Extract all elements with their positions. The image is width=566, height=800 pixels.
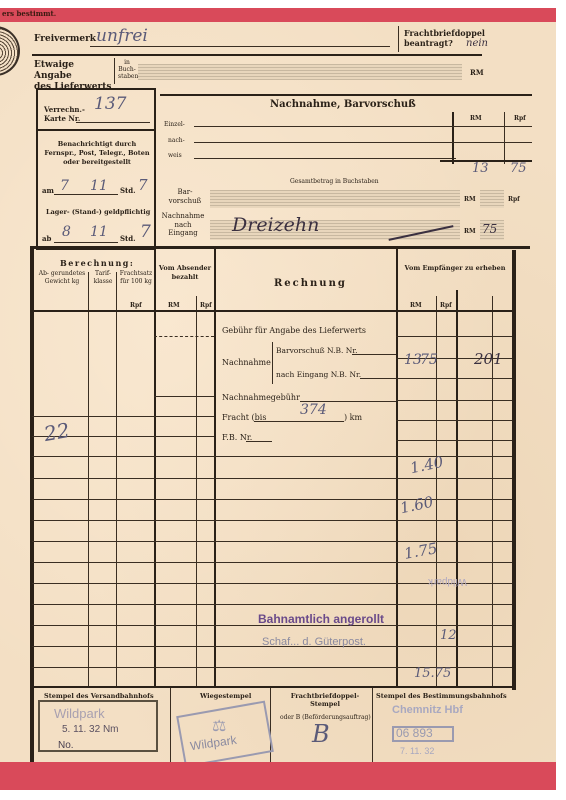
- versand-stamp-no: No.: [58, 740, 74, 751]
- scale-icon: ⚖: [212, 716, 226, 735]
- bestimmung-number: 06 893: [396, 726, 433, 740]
- std-label: Std.: [120, 186, 136, 195]
- in-buchstaben-label: in Buch- staben: [118, 59, 136, 80]
- am-month-value[interactable]: 11: [90, 178, 108, 194]
- divider: [504, 112, 505, 164]
- top-band-text: ers bestimmt.: [2, 9, 56, 18]
- table-row: [32, 541, 512, 542]
- table-row: [396, 440, 512, 441]
- divider: [456, 290, 458, 686]
- rm-label: RM: [464, 228, 476, 235]
- ab-std-label: Std.: [120, 234, 136, 243]
- einzelnachweis-line-2[interactable]: [194, 142, 456, 143]
- col-frachtsatz: Frachtsatz für 100 kg: [118, 270, 154, 286]
- total-rm-value[interactable]: 13: [472, 161, 489, 176]
- railway-seal-icon: [0, 26, 20, 76]
- divider: [196, 296, 197, 686]
- table-top-rule: [30, 246, 530, 249]
- versand-stamp-station: Wildpark: [54, 706, 105, 721]
- rule: [360, 378, 396, 379]
- table-row: [396, 420, 512, 421]
- table-right-border: [512, 250, 516, 690]
- versand-stamp-date: 5. 11. 32 Nm: [62, 724, 119, 735]
- lieferwert-field[interactable]: [138, 64, 462, 80]
- bottom-red-band: [0, 762, 556, 790]
- divider: [452, 112, 454, 164]
- gesamtbetrag-label: Gesamtbetrag in Buchstaben: [290, 178, 379, 185]
- std-value[interactable]: 7: [138, 176, 148, 194]
- header-bottom-rule: [32, 310, 512, 312]
- col-tarifklasse: Tarif- klasse: [90, 270, 116, 286]
- side-stamp: Wildpark: [428, 576, 467, 587]
- am-day-value[interactable]: 7: [60, 178, 69, 194]
- fracht-line[interactable]: [254, 421, 344, 422]
- fracht-value[interactable]: 374: [300, 402, 327, 418]
- bestimmung-station: Chemnitz Hbf: [392, 704, 463, 716]
- empfaenger-row-b[interactable]: 1.60: [398, 493, 434, 518]
- barvorschuss-rpf-field[interactable]: [480, 190, 504, 208]
- col-frachtsatz-unit: Rpf: [130, 302, 142, 309]
- table-row: [396, 336, 512, 337]
- freivermerk-label: Freivermerk: [34, 34, 96, 44]
- table-row: [154, 336, 214, 337]
- ab-day-value[interactable]: 8: [62, 224, 71, 240]
- table-row: [396, 400, 512, 401]
- verrechn-label: Verrechn.- Karte Nr.: [44, 105, 84, 123]
- empfaenger-row-c[interactable]: 1.75: [403, 539, 439, 563]
- doppel-value[interactable]: B: [312, 720, 330, 748]
- am-line: [54, 194, 118, 195]
- table-row: [32, 499, 512, 500]
- rule: [246, 441, 272, 442]
- rule: [452, 126, 532, 127]
- divider: [272, 342, 273, 384]
- rule: [32, 54, 482, 56]
- table-bottom-rule: [30, 686, 516, 688]
- rule: [160, 94, 532, 96]
- einzelnachweis-line-3[interactable]: [194, 158, 456, 159]
- table-row: [32, 562, 512, 563]
- rm-label: RM: [464, 196, 476, 203]
- empfaenger-nachnahme-rpf[interactable]: 75: [420, 352, 438, 368]
- nachnahme-eingang-label: Nachnahme nach Eingang: [160, 212, 206, 238]
- table-row: [154, 396, 214, 397]
- empfaenger-rm: RM: [410, 302, 422, 309]
- bestimmung-label: Stempel des Bestimmungsbahnhofs: [376, 692, 507, 700]
- wiege-label: Wiegestempel: [200, 692, 251, 700]
- divider: [398, 26, 399, 52]
- doppel-label: Frachtbriefdoppel- Stempel: [282, 692, 368, 708]
- divider: [214, 248, 216, 686]
- railway-stamp-line-1: Bahnamtlich angerollt: [258, 612, 384, 626]
- divider: [154, 248, 156, 686]
- ab-std-value[interactable]: 7: [140, 222, 151, 242]
- eingang-nr-label: nach Eingang N.B. Nr.: [276, 370, 361, 379]
- divider: [114, 58, 115, 84]
- rule: [452, 142, 532, 143]
- am-label: am: [42, 186, 54, 195]
- freivermerk-value[interactable]: unfrei: [96, 26, 148, 46]
- table-row: [32, 478, 512, 479]
- berechnung-title: Berechnung:: [60, 258, 134, 268]
- verrechn-line: [76, 122, 150, 123]
- barvorschuss-label: Bar- vorschuß: [168, 188, 202, 206]
- divider: [396, 248, 398, 686]
- nachnahme-eingang-rpf-value[interactable]: 75: [482, 222, 497, 236]
- absender-rpf: Rpf: [200, 302, 212, 309]
- ab-label: ab: [42, 234, 51, 243]
- barvorschuss-nr-label: Barvorschuß N.B. Nr.: [276, 346, 357, 355]
- table-row: [32, 520, 512, 521]
- freivermerk-line: [90, 46, 390, 47]
- table-row: [396, 378, 512, 379]
- fracht-unit: ) km: [344, 413, 362, 422]
- barvorschuss-field[interactable]: [210, 190, 460, 208]
- empfaenger-rpf: Rpf: [440, 302, 452, 309]
- gebuehr-label: Gebühr für Angabe des Lieferwerts: [222, 326, 366, 335]
- empfaenger-nachnahme-extra[interactable]: 201: [474, 350, 503, 368]
- verrechn-value[interactable]: 137: [94, 94, 126, 114]
- einzelnachweis-label-2: nach-: [168, 137, 185, 144]
- ab-line: [54, 242, 118, 243]
- nachnahme-title: Nachnahme, Barvorschuß: [270, 99, 416, 110]
- col-rm: RM: [470, 115, 482, 122]
- einzelnachweis-line-1[interactable]: [194, 126, 456, 127]
- frachtbriefdoppel-value[interactable]: nein: [466, 38, 488, 49]
- top-red-band: ers bestimmt.: [0, 8, 556, 22]
- table-left-border: [30, 246, 34, 790]
- col-gewicht: Ab- gerundetes Gewicht kg: [38, 270, 86, 286]
- rm-label: RM: [470, 68, 484, 77]
- table-row: [32, 416, 214, 417]
- divider: [116, 272, 117, 686]
- nachnahme-row-label: Nachnahme: [222, 358, 271, 367]
- weight-value[interactable]: 22: [42, 418, 71, 446]
- frachtbriefdoppel-label: Frachtbriefdoppel beantragt?: [404, 28, 524, 48]
- railway-stamp-line-2: Schaf... d. Güterpost.: [262, 636, 366, 648]
- table-row: [32, 604, 512, 605]
- empfaenger-title: Vom Empfänger zu erheben: [398, 264, 512, 273]
- bestimmung-date: 7. 11. 32: [400, 746, 434, 756]
- benachrichtigt-label: Benachrichtigt durch Fernspr., Post, Tel…: [42, 140, 152, 167]
- nachnahmegebuehr-label: Nachnahmegebühr: [222, 393, 300, 402]
- einzelnachweis-label-3: weis: [168, 152, 182, 159]
- rpf-label: Rpf: [508, 196, 520, 203]
- lager-label: Lager- (Stand-) geldpflichtig: [46, 208, 150, 216]
- col-rpf: Rpf: [514, 115, 526, 122]
- einzelnachweis-label-1: Einzel-: [164, 121, 185, 128]
- rule: [352, 354, 396, 355]
- total-rpf-value[interactable]: 75: [510, 161, 527, 176]
- rule: [36, 129, 156, 131]
- ab-month-value[interactable]: 11: [90, 224, 108, 240]
- empfaenger-total[interactable]: 15.75: [414, 666, 451, 681]
- nachnahme-eingang-value[interactable]: Dreizehn: [232, 214, 319, 236]
- rechnung-title: Rechnung: [274, 278, 347, 289]
- divider: [88, 272, 89, 686]
- absender-rm: RM: [168, 302, 180, 309]
- freight-document: ers bestimmt. Freivermerk unfrei Frachtb…: [0, 8, 556, 790]
- absender-title: Vom Absender bezahlt: [156, 264, 214, 282]
- versand-label: Stempel des Versandbahnhofs: [44, 692, 154, 700]
- empfaenger-row-d[interactable]: 12: [440, 628, 457, 643]
